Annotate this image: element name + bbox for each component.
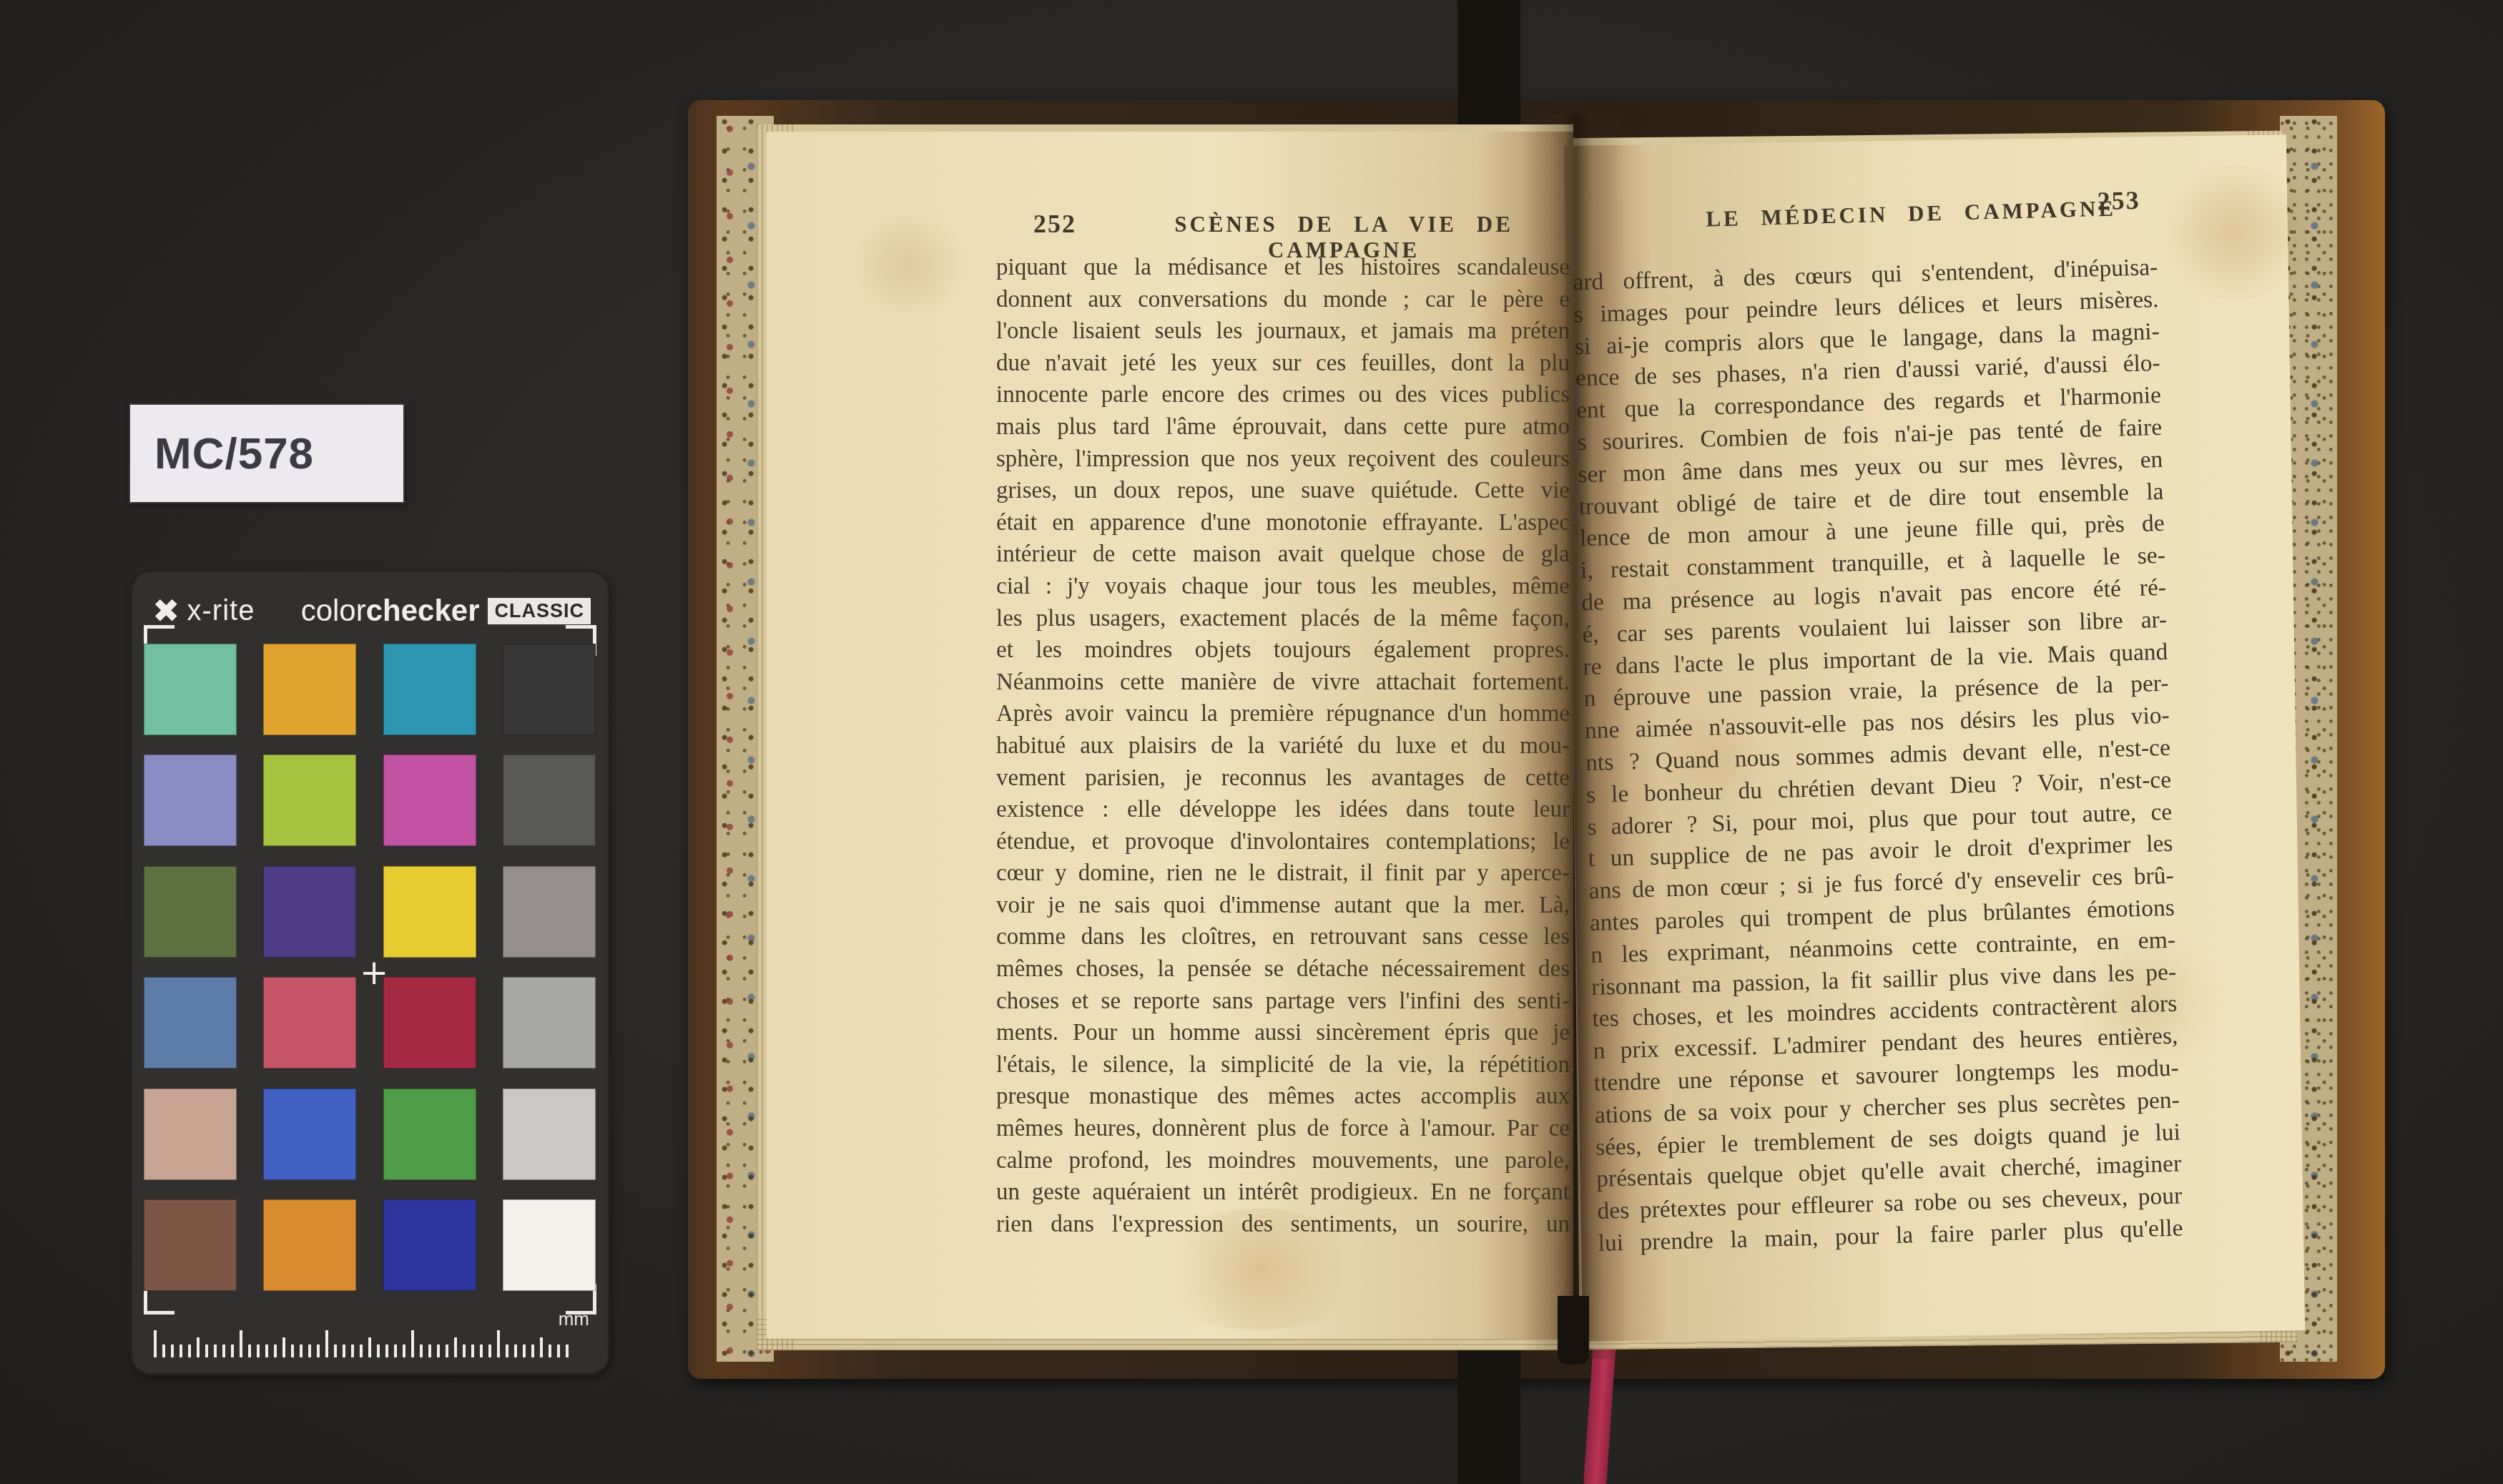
ruler-tick [454, 1337, 457, 1357]
text-line: était en apparence d'une monotonie effra… [996, 507, 1570, 539]
ruler-tick [154, 1330, 157, 1357]
ruler-tick [471, 1345, 474, 1357]
color-patch [383, 866, 476, 958]
xrite-brand: ✖ x-rite [152, 594, 255, 627]
ruler-tick [411, 1330, 414, 1357]
text-line: cœur y domine, rien ne le distrait, il f… [996, 858, 1570, 890]
color-patch [503, 1089, 596, 1180]
running-title-right: LE MÉDECIN DE CAMPAGNE [1571, 195, 2158, 235]
text-line: vement parisien, je reconnus les avantag… [996, 762, 1570, 795]
text-line: voir je ne sais quoi d'immense autant qu… [996, 890, 1570, 922]
color-patch [144, 755, 237, 846]
text-line: un geste aquéraient un intérêt prodigieu… [996, 1176, 1570, 1209]
ruler-tick [557, 1345, 560, 1357]
colorchecker-card: ✖ x-rite colorchecker CLASSIC + mm [132, 572, 608, 1373]
text-line: piquant que la médisance et les histoire… [996, 252, 1570, 284]
text-line: donnent aux conversations du monde ; car… [996, 284, 1570, 316]
ruler-tick [282, 1337, 285, 1357]
color-patch [263, 755, 356, 846]
gutter-notch [1558, 1296, 1589, 1365]
ruler-tick [428, 1345, 431, 1357]
left-page-header: 252 SCÈNES DE LA VIE DE CAMPAGNE [996, 209, 1570, 245]
ruler-tick [317, 1345, 320, 1357]
gutter-shadow [1522, 114, 1629, 1359]
photo-canvas: MC/578 ✖ x-rite colorchecker CLASSIC + m… [0, 0, 2503, 1484]
ruler-tick [394, 1345, 397, 1357]
text-line: l'étais, le silence, la simplicité de la… [996, 1049, 1570, 1081]
mm-ruler [154, 1316, 577, 1357]
color-patch [503, 977, 596, 1068]
text-line: existence : elle développe les idées dan… [996, 794, 1570, 826]
ruler-tick [488, 1345, 491, 1357]
right-page-text: ard offrent, à des cœurs qui s'entendent… [1573, 252, 2183, 1260]
ruler-tick [205, 1345, 208, 1357]
ruler-tick [446, 1345, 448, 1357]
colorchecker-header: ✖ x-rite colorchecker CLASSIC [152, 585, 591, 637]
text-line: Après avoir vaincu la première répugnanc… [996, 698, 1570, 730]
text-line: due n'avait jeté les yeux sur ces feuill… [996, 348, 1570, 380]
right-page-content: LE MÉDECIN DE CAMPAGNE 253 ard offrent, … [1570, 179, 2185, 1260]
text-line: mêmes choses, la pensée se détache néces… [996, 953, 1570, 986]
text-line: presque monastique des mêmes actes accom… [996, 1081, 1570, 1113]
ruler-tick [540, 1337, 543, 1357]
colorchecker-title: colorchecker CLASSIC [301, 594, 591, 628]
ruler-tick [385, 1345, 388, 1357]
color-patch [383, 644, 476, 735]
color-patch [263, 1089, 356, 1180]
color-patch [383, 1199, 476, 1291]
ruler-tick [180, 1345, 182, 1357]
text-line: comme dans les cloîtres, en retrouvant s… [996, 921, 1570, 953]
ruler-tick [351, 1345, 354, 1357]
text-line: sphère, l'impression que nos yeux reçoiv… [996, 443, 1570, 476]
color-patch [144, 866, 237, 958]
left-page-text: piquant que la médisance et les histoire… [996, 252, 1570, 1240]
ruler-tick [403, 1345, 405, 1357]
ruler-tick [214, 1345, 217, 1357]
color-patch [263, 1199, 356, 1291]
ruler-tick [377, 1345, 380, 1357]
text-line: étendue, et provoque d'involontaires con… [996, 826, 1570, 858]
shelfmark-sticker: MC/578 [130, 405, 403, 502]
text-line: mêmes heures, donnèrent plus de force à … [996, 1113, 1570, 1145]
text-line: habitué aux plaisirs de la variété du lu… [996, 730, 1570, 762]
text-line: les plus usagers, exactement placés de l… [996, 603, 1570, 635]
color-patch [144, 977, 237, 1068]
color-patch [503, 866, 596, 958]
ruler-tick [231, 1345, 234, 1357]
text-line: l'oncle lisaient seuls les journaux, et … [996, 315, 1570, 348]
ruler-tick [514, 1345, 517, 1357]
ruler-tick [334, 1345, 337, 1357]
ruler-tick [566, 1345, 569, 1357]
ruler-tick [291, 1345, 294, 1357]
ruler-tick [197, 1337, 200, 1357]
color-patch [144, 1199, 237, 1291]
ruler-tick [188, 1345, 191, 1357]
ruler-tick [274, 1345, 277, 1357]
text-line: innocente parle encore des crimes ou des… [996, 379, 1570, 411]
ruler-tick [506, 1345, 508, 1357]
text-line: Néanmoins cette manière de vivre attacha… [996, 667, 1570, 699]
text-line: ments. Pour un homme aussi sincèrement é… [996, 1017, 1570, 1049]
ruler-tick [437, 1345, 440, 1357]
ruler-tick [162, 1345, 165, 1357]
page-number-right: 253 [2097, 185, 2140, 217]
color-patch [503, 1199, 596, 1291]
color-patch [144, 644, 237, 735]
ruler-tick [171, 1345, 174, 1357]
ruler-tick [523, 1345, 526, 1357]
color-patch [503, 755, 596, 846]
color-patch [263, 644, 356, 735]
text-line: et les moindres objets toujours égalemen… [996, 634, 1570, 667]
ruler-tick [420, 1345, 423, 1357]
ruler-tick [300, 1345, 303, 1357]
xrite-logo-icon: ✖ [152, 594, 180, 627]
text-line: grises, un doux repos, une suave quiétud… [996, 475, 1570, 507]
ruler-tick [325, 1330, 328, 1357]
ruler-tick [265, 1345, 268, 1357]
ruler-tick [308, 1345, 311, 1357]
color-patch [503, 644, 596, 735]
classic-badge: CLASSIC [488, 598, 591, 624]
ruler-unit-label: mm [559, 1308, 589, 1330]
colorchecker-wordmark: colorchecker [301, 594, 480, 628]
center-cross-icon: + [360, 955, 388, 990]
color-patch [263, 866, 356, 958]
text-line: choses et se reporte sans partage vers l… [996, 986, 1570, 1018]
ruler-tick [257, 1345, 260, 1357]
color-patch [383, 755, 476, 846]
text-line: cial : j'y voyais chaque jour tous les m… [996, 571, 1570, 603]
ruler-tick [222, 1345, 225, 1357]
text-line: intérieur de cette maison avait quelque … [996, 539, 1570, 571]
color-patch [144, 1089, 237, 1180]
ruler-tick [240, 1330, 242, 1357]
ruler-tick [343, 1345, 345, 1357]
ruler-tick [360, 1345, 363, 1357]
ruler-tick [531, 1345, 534, 1357]
color-patch [383, 1089, 476, 1180]
ruler-tick [463, 1345, 466, 1357]
text-line: rien dans l'expression des sentiments, u… [996, 1209, 1570, 1241]
ruler-tick [248, 1345, 251, 1357]
text-line: calme profond, les moindres mouvements, … [996, 1145, 1570, 1177]
text-line: mais plus tard l'âme éprouvait, dans cet… [996, 411, 1570, 443]
shelfmark-text: MC/578 [154, 428, 314, 479]
xrite-brand-text: x-rite [187, 595, 255, 627]
ruler-tick [549, 1345, 551, 1357]
color-patch [263, 977, 356, 1068]
ruler-tick [368, 1337, 371, 1357]
color-patch [383, 977, 476, 1068]
ruler-tick [497, 1330, 500, 1357]
ruler-tick [480, 1345, 483, 1357]
